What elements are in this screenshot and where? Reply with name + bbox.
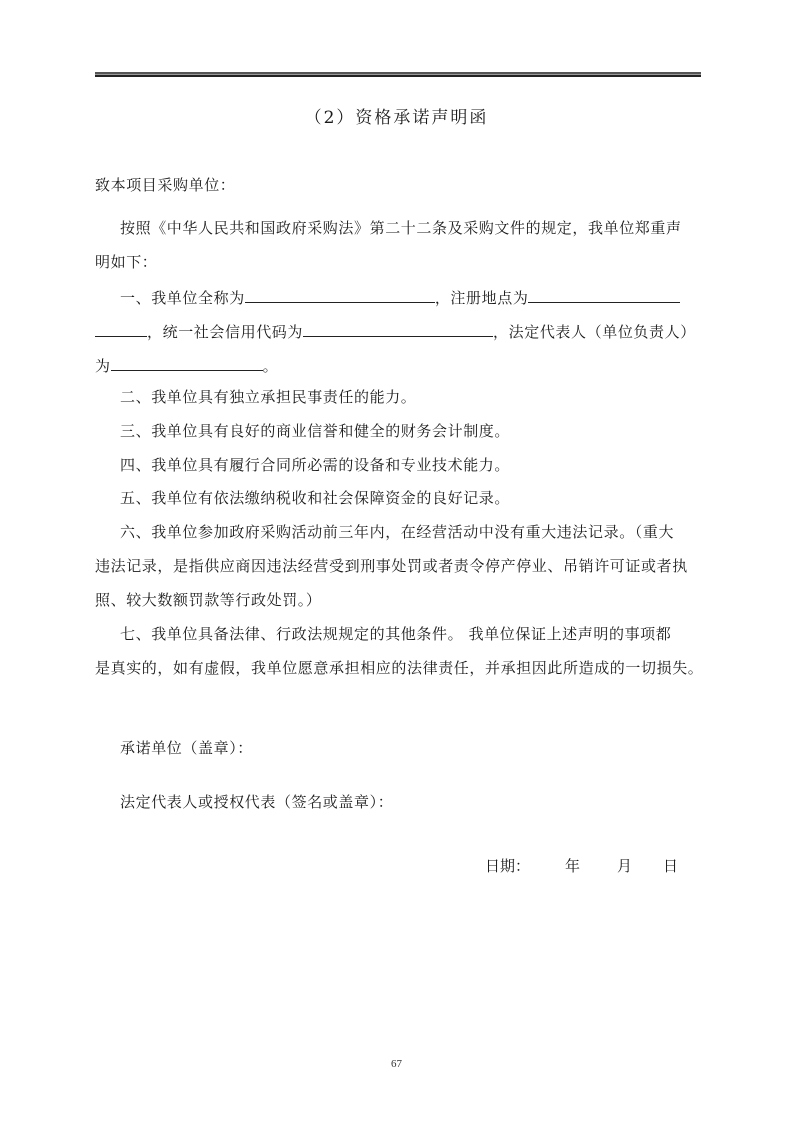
registered-address-blank[interactable] [528,287,680,303]
item-1-prefix: 一、我单位全称为 [120,289,245,307]
item-5: 五、我单位有依法缴纳税收和社会保障资金的良好记录。 [120,488,510,508]
document-page: （2）资格承诺声明函 致本项目采购单位： 按照《中华人民共和国政府采购法》第二十… [0,0,793,1122]
item-6-line-3: 照、较大数额罚款等行政处罚。） [95,590,322,610]
item-1-line-2: ，统一社会信用代码为，法定代表人（单位负责人） [95,321,696,342]
header-rule [95,72,701,77]
item-1-mid-2: ，统一社会信用代码为 [147,323,303,341]
item-1-mid-3: ，法定代表人（单位负责人） [493,323,696,341]
item-3: 三、我单位具有良好的商业信誉和健全的财务会计制度。 [120,421,510,441]
committing-unit-label: 承诺单位（盖章）： [120,738,253,758]
legal-representative-blank[interactable] [111,355,263,371]
page-number: 67 [0,1058,793,1070]
item-1-line-1: 一、我单位全称为，注册地点为 [120,287,680,308]
intro-line-2: 明如下： [95,252,157,272]
item-2: 二、我单位具有独立承担民事责任的能力。 [120,387,416,407]
date-label: 日期： [485,855,530,876]
item-1-prefix-3: 为 [95,357,111,375]
salutation: 致本项目采购单位： [95,175,235,195]
intro-line-1: 按照《中华人民共和国政府采购法》第二十二条及采购文件的规定，我单位郑重声 [120,218,682,238]
item-4: 四、我单位具有履行合同所必需的设备和专业技术能力。 [120,455,510,475]
representative-label: 法定代表人或授权代表（签名或盖章）： [120,792,393,812]
full-name-blank[interactable] [245,287,435,303]
month-label: 月 [617,855,632,876]
item-7-line-1: 七、我单位具备法律、行政法规规定的其他条件。 我单位保证上述声明的事项都 [120,624,671,644]
day-label: 日 [663,855,678,876]
item-6-line-1: 六、我单位参加政府采购活动前三年内，在经营活动中没有重大违法记录。（重大 [120,522,674,542]
item-1-mid-1: ，注册地点为 [435,289,529,307]
registered-address-blank-cont[interactable] [95,321,147,337]
year-label: 年 [565,855,580,876]
item-7-line-2: 是真实的，如有虚假，我单位愿意承担相应的法律责任，并承担因此所造成的一切损失。 [95,658,703,678]
item-6-line-2: 违法记录，是指供应商因违法经营受到刑事处罚或者责令停产停业、吊销许可证或者执 [95,556,688,576]
item-1-line-3: 为。 [95,355,278,376]
document-title: （2）资格承诺声明函 [0,103,793,128]
credit-code-blank[interactable] [303,321,493,337]
item-1-end: 。 [263,357,279,375]
